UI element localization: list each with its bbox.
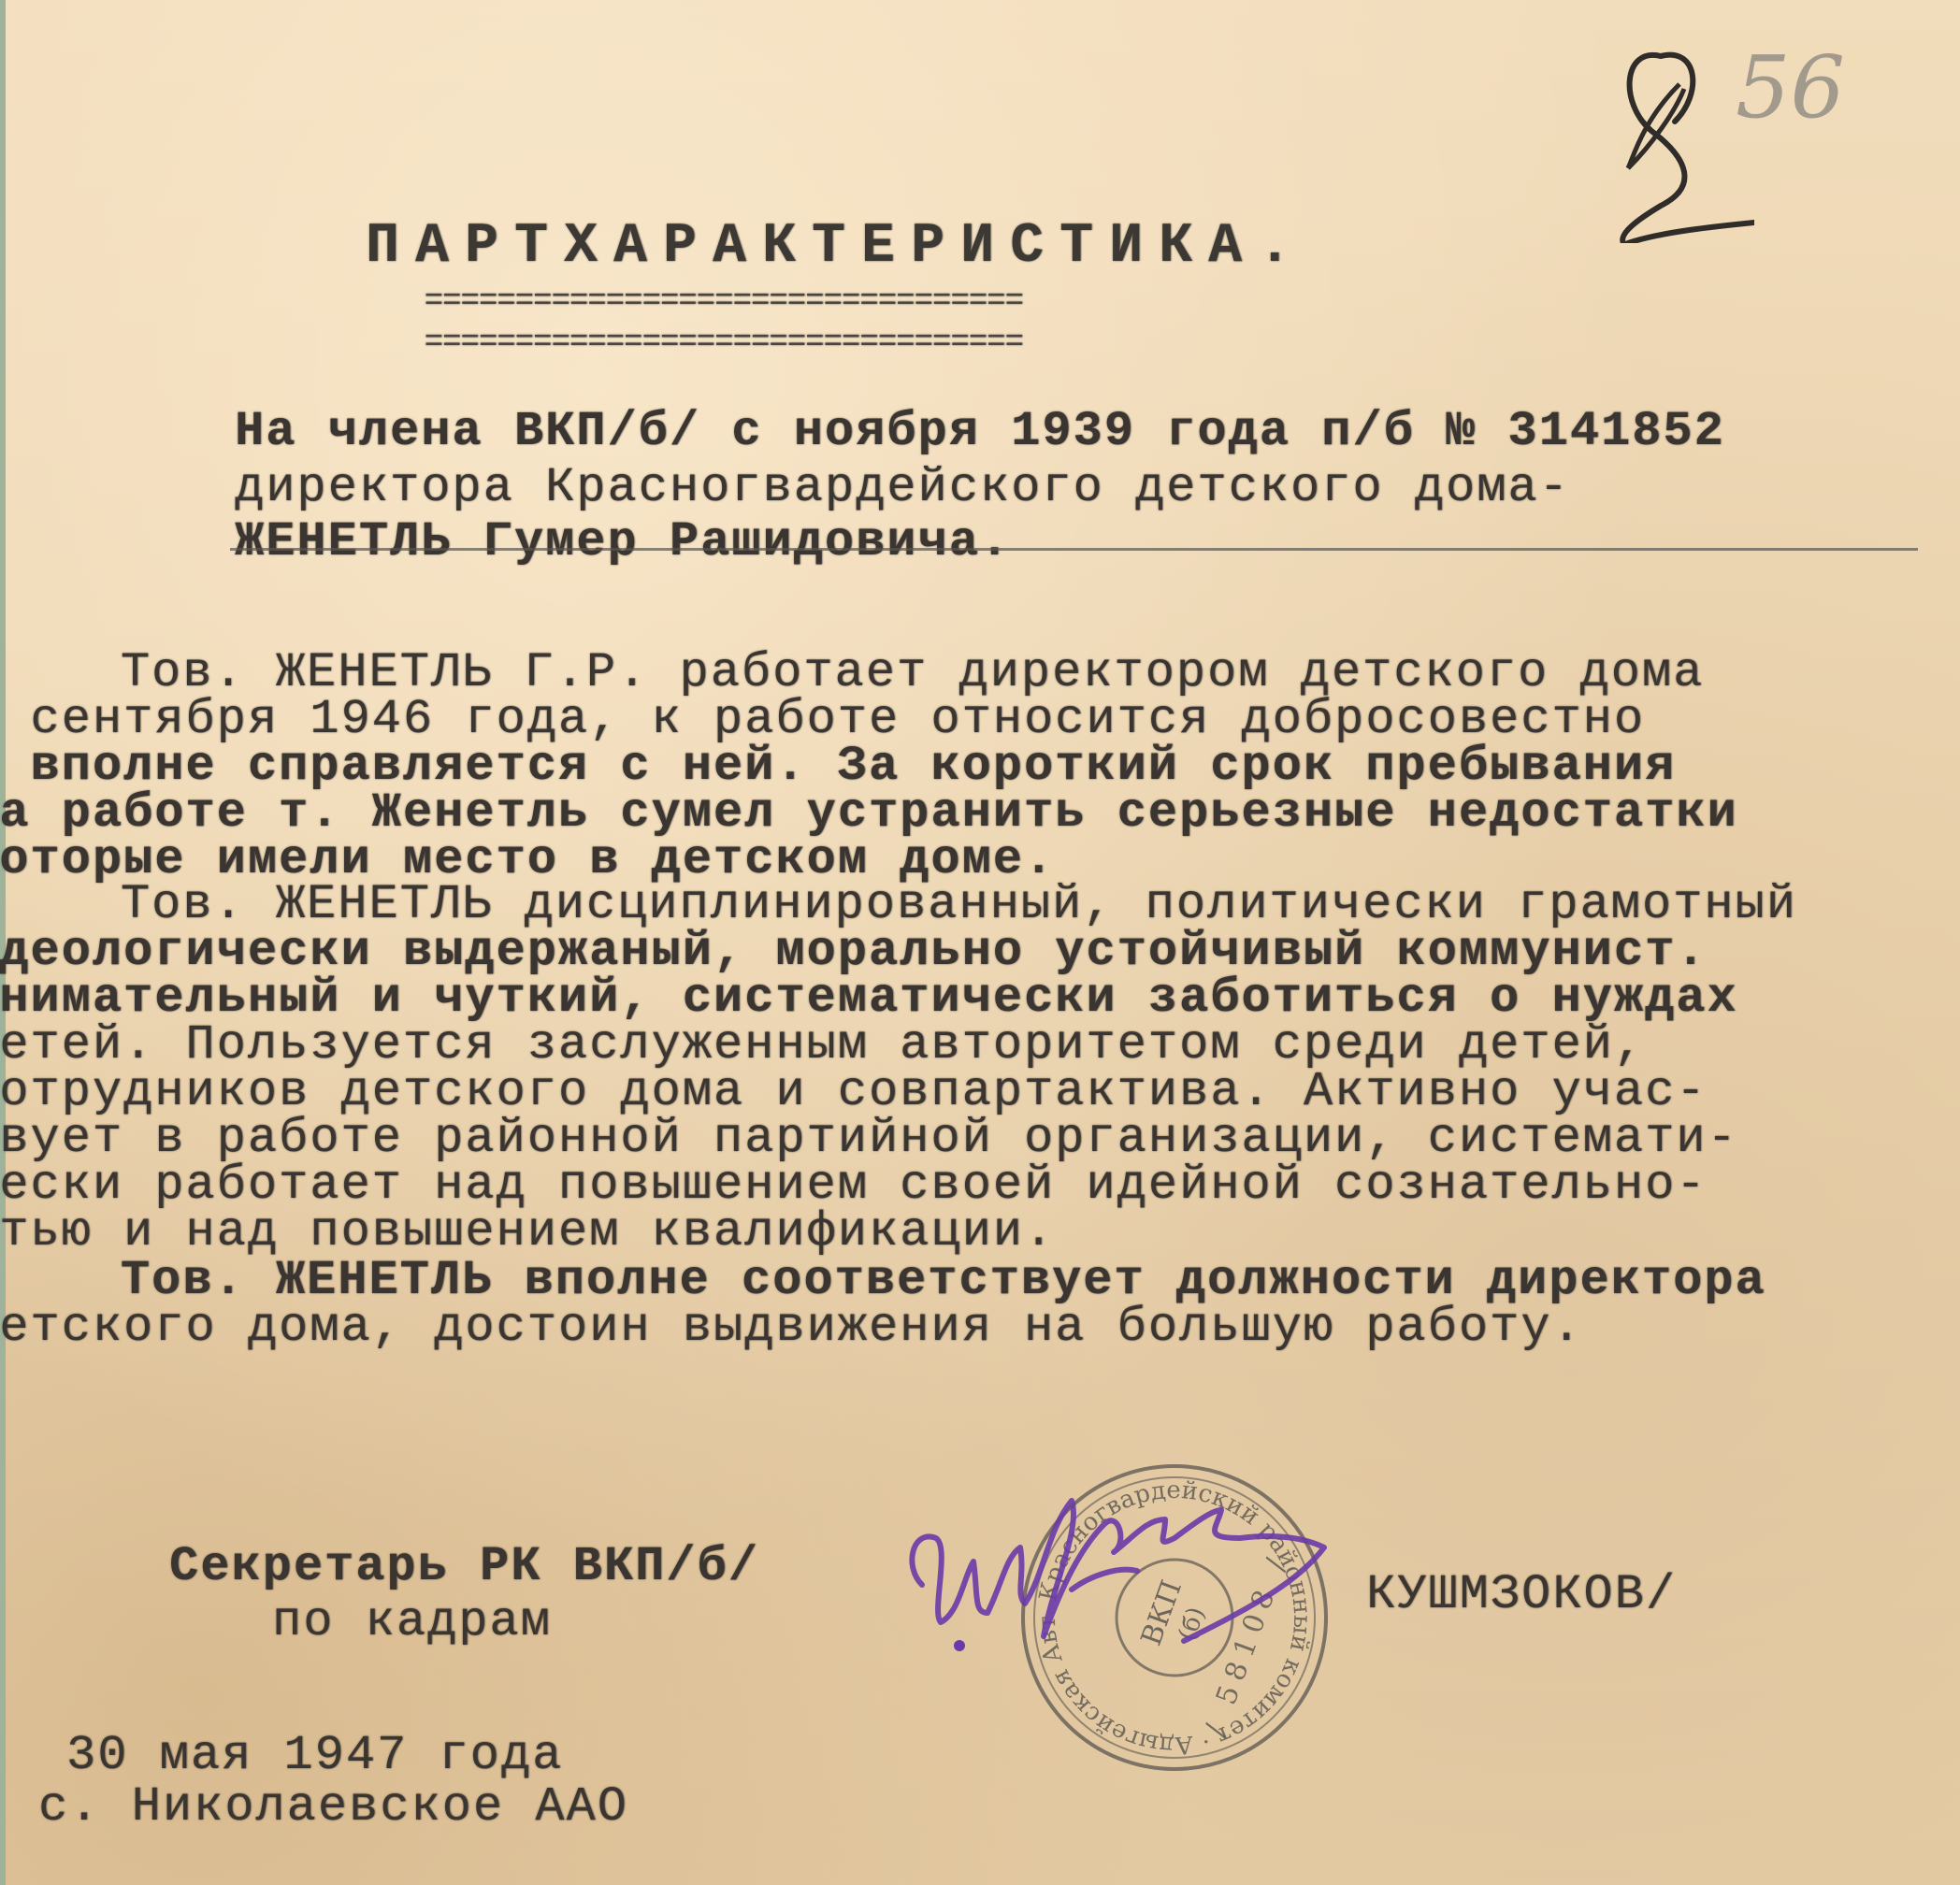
signer-name: КУШМЗОКОВ/ xyxy=(1366,1567,1677,1623)
handwritten-signature-icon xyxy=(885,1473,1371,1660)
title-underline-text-2: ================================= xyxy=(425,325,1023,361)
handwritten-folio-mark-icon xyxy=(1586,19,1754,243)
body-line-15: детского дома, достоин выдвижения на бол… xyxy=(0,1300,1583,1356)
subject-line-1: На члена ВКП/б/ с ноября 1939 года п/б №… xyxy=(235,404,1725,460)
document-title: ПАРТХАРАКТЕРИСТИКА. xyxy=(366,215,1307,279)
body-line-13: стью и над повышением квалификации. xyxy=(0,1204,1055,1260)
document-date: 30 мая 1947 года xyxy=(66,1728,563,1784)
document-place: с. Николаевское ААО xyxy=(38,1779,628,1835)
document-page: 56 8 ПАРТХАРАКТЕРИСТИКА. ===============… xyxy=(0,0,1960,1885)
signer-position-line-1: Секретарь РК ВКП/б/ xyxy=(169,1539,759,1595)
pencil-folio-number: 56 xyxy=(1736,37,1845,137)
subject-line-2: директора Красногвардейского детского до… xyxy=(235,460,1570,516)
subject-line-3-name: ЖЕНЕТЛЬ Гумер Рашидовича. xyxy=(235,514,1011,570)
signer-position-line-2: по кадрам xyxy=(272,1594,552,1650)
title-double-underline: ================================= ======… xyxy=(352,271,1023,374)
title-underline-text: ================================= xyxy=(425,284,1023,320)
subject-underline xyxy=(230,548,1918,551)
